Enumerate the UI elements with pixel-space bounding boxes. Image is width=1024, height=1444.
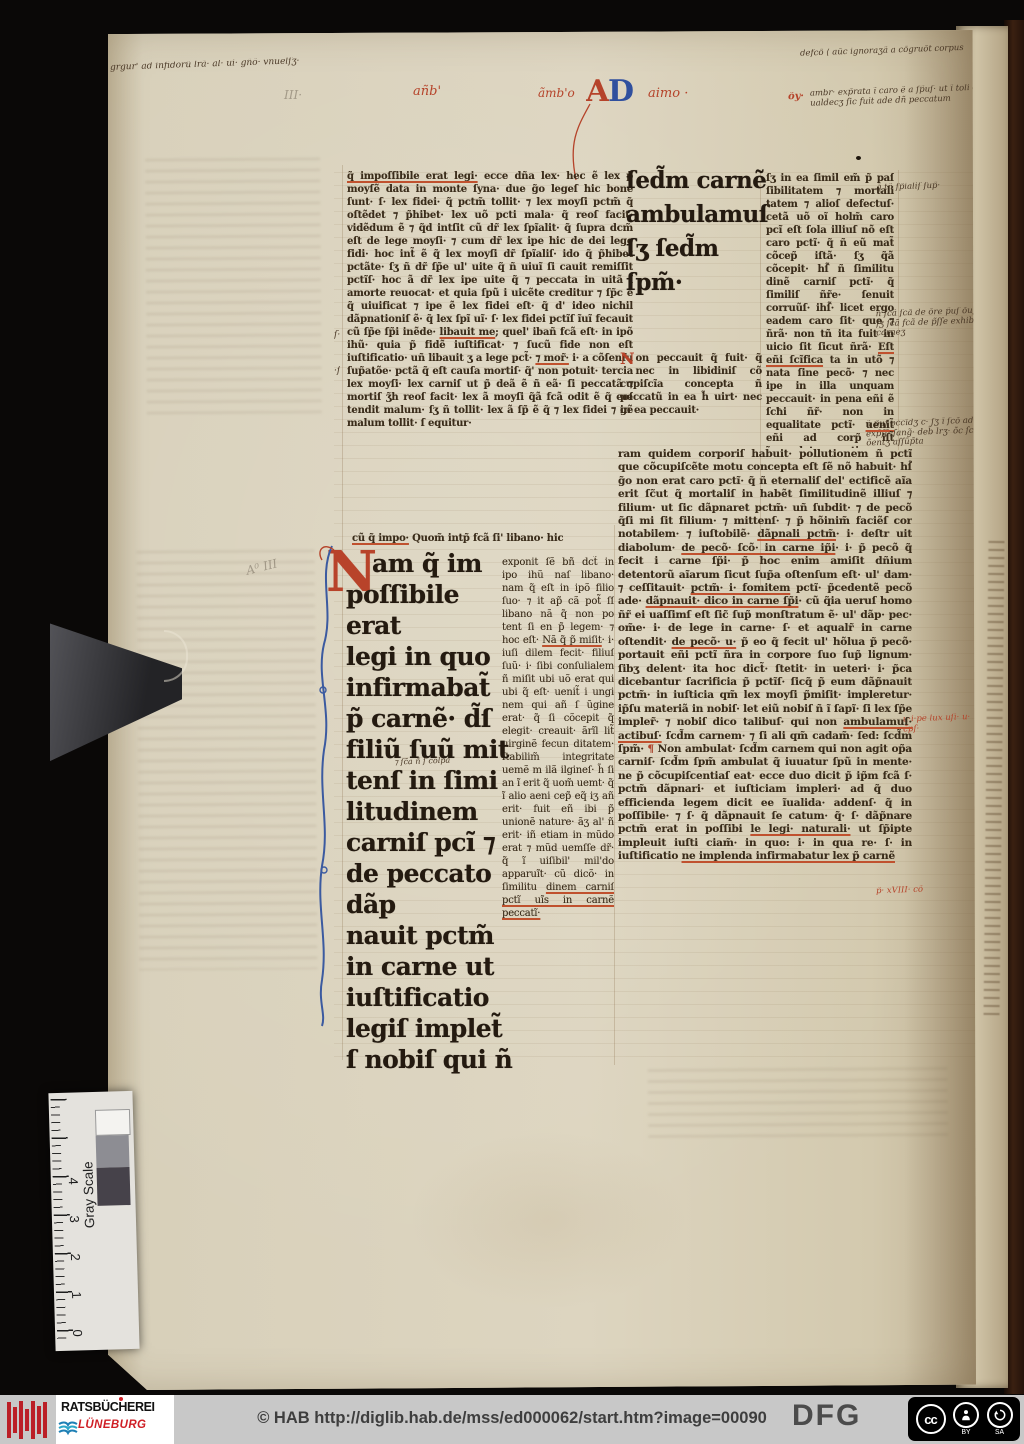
lemma-line: am q̃ im: [346, 548, 521, 579]
lemma-line: p̃ carnẽ· d̃ſ: [346, 703, 521, 734]
library-logo: RATSBÜCHEREI LÜNEBURG: [56, 1395, 174, 1444]
library-name: RATSBÜCHEREI: [61, 1400, 155, 1414]
lemma-top-line: ambulamuſ: [626, 198, 776, 232]
cc-by-person-icon: [953, 1402, 979, 1428]
cc-sa-arrow-icon: [987, 1402, 1013, 1428]
cc-icon: cc: [916, 1404, 946, 1434]
cc-license-plate: cc BY SA: [908, 1397, 1020, 1441]
running-header-initial-d: D: [608, 74, 634, 109]
gloss-mid-upper: Non peccauit q̃ fuit· q̃ nec in libidini…: [620, 352, 762, 448]
initial-flourish: [314, 540, 340, 1030]
logo-red-dot: [119, 1397, 123, 1401]
gloss-right-column: ſʒ in ea ſimil em̃ p̃ paſ ſibilitatem ⁊ …: [766, 172, 894, 448]
lemma-line: carniſ pcĩ ⁊: [346, 827, 521, 858]
pencil-note-top: III·: [284, 88, 302, 102]
lemma-top-line: ſed̃m carnẽ: [626, 164, 776, 198]
lemma-line: nauit pctm̃: [346, 920, 521, 951]
cc-sa-label: SA: [995, 1429, 1004, 1437]
manuscript-page: añb' ãmb'o A D aimo · grgur' ad infidorũ…: [108, 30, 976, 1390]
ruler-number: 3: [68, 1215, 82, 1229]
ink-dot: [856, 156, 861, 160]
lemma-line: infirmabat̃: [346, 672, 521, 703]
ruler-number: 1: [70, 1291, 84, 1305]
lemma-line: tenſ in ſimi: [346, 765, 521, 796]
lemma-line: in carne ut: [346, 951, 521, 982]
lemma-line: iuſtificatio: [346, 982, 521, 1013]
dfg-logo: DFG: [792, 1399, 861, 1433]
copyright-url-text: © HAB http://diglib.hab.de/mss/ed000062/…: [257, 1409, 767, 1428]
gloss-top-left: q̃ impoſſibile erat legi· ecce dña lex· …: [347, 170, 633, 464]
column-rule: [342, 165, 343, 1060]
show-through: [145, 157, 322, 418]
gutter-shadow: [904, 30, 976, 1390]
running-header-center-small: ãmb'o: [538, 86, 575, 100]
show-through: [137, 549, 318, 970]
gray-patch-white: [95, 1109, 131, 1136]
lemma-line: poſſibile erat: [346, 579, 521, 641]
photo-stage: añb' ãmb'o A D aimo · grgur' ad infidorũ…: [0, 0, 1024, 1444]
lemma-left-header: cũ q̃ impo· Quom̃ intp̃ fcã ſi' libano· …: [352, 532, 627, 545]
book-icon: [58, 1420, 78, 1436]
running-header-left: añb': [413, 84, 441, 99]
gray-scale-card: 4 3 2 1 0 Gray Scale: [48, 1091, 139, 1351]
paragraph-initial: N: [620, 352, 634, 366]
gray-patch-dark: [97, 1167, 131, 1206]
ruler-number: 2: [69, 1253, 83, 1267]
marginalia-top-left: grgur' ad infidorũ lrã· al· ui· gñõ· vnu…: [110, 56, 330, 73]
lemma-line: litudinem: [346, 796, 521, 827]
ruler-number: 4: [67, 1177, 81, 1191]
footer-bar: RATSBÜCHEREI LÜNEBURG © HAB http://digli…: [0, 1395, 1024, 1444]
next-page-bleed-text: [984, 541, 1005, 1016]
column-rule: [614, 525, 615, 1065]
gloss-mid-lower: ram quidem corporiſ habuit· pollutionem …: [618, 448, 912, 1033]
lemma-top-line: ſʒ ſed̃m ſpm̃·: [626, 232, 776, 300]
marginalia-top-right-lead: õy·: [788, 92, 804, 102]
margin-mark: ·ſ: [334, 366, 340, 376]
lemma-left-column: am q̃ im poſſibile erat legi in quo infi…: [346, 548, 521, 1075]
cc-by-group: BY: [953, 1402, 979, 1437]
library-city: LÜNEBURG: [78, 1419, 146, 1431]
running-header-right-word: aimo ·: [648, 86, 688, 101]
ruler-number: 0: [71, 1329, 85, 1343]
cc-sa-group: SA: [987, 1402, 1013, 1437]
margin-mark: ſ·: [334, 330, 340, 340]
gloss-mid-upper-text: on peccauit q̃ fuit· q̃ nec in libidiniſ…: [620, 353, 762, 416]
gray-patch-mid: [96, 1135, 130, 1168]
lemma-top: ſed̃m carnẽ ambulamuſ ſʒ ſed̃m ſpm̃·: [626, 164, 776, 268]
lemma-line: legi in quo: [346, 641, 521, 672]
lemma-line: ſ nobiſ qui ñ: [346, 1044, 521, 1075]
lemma-line: de peccato dãp: [346, 858, 521, 920]
lemma-line: legiſ implet̃: [346, 1013, 521, 1044]
cc-by-label: BY: [961, 1429, 970, 1437]
stain: [408, 1130, 688, 1310]
library-bars-icon: [7, 1400, 47, 1439]
